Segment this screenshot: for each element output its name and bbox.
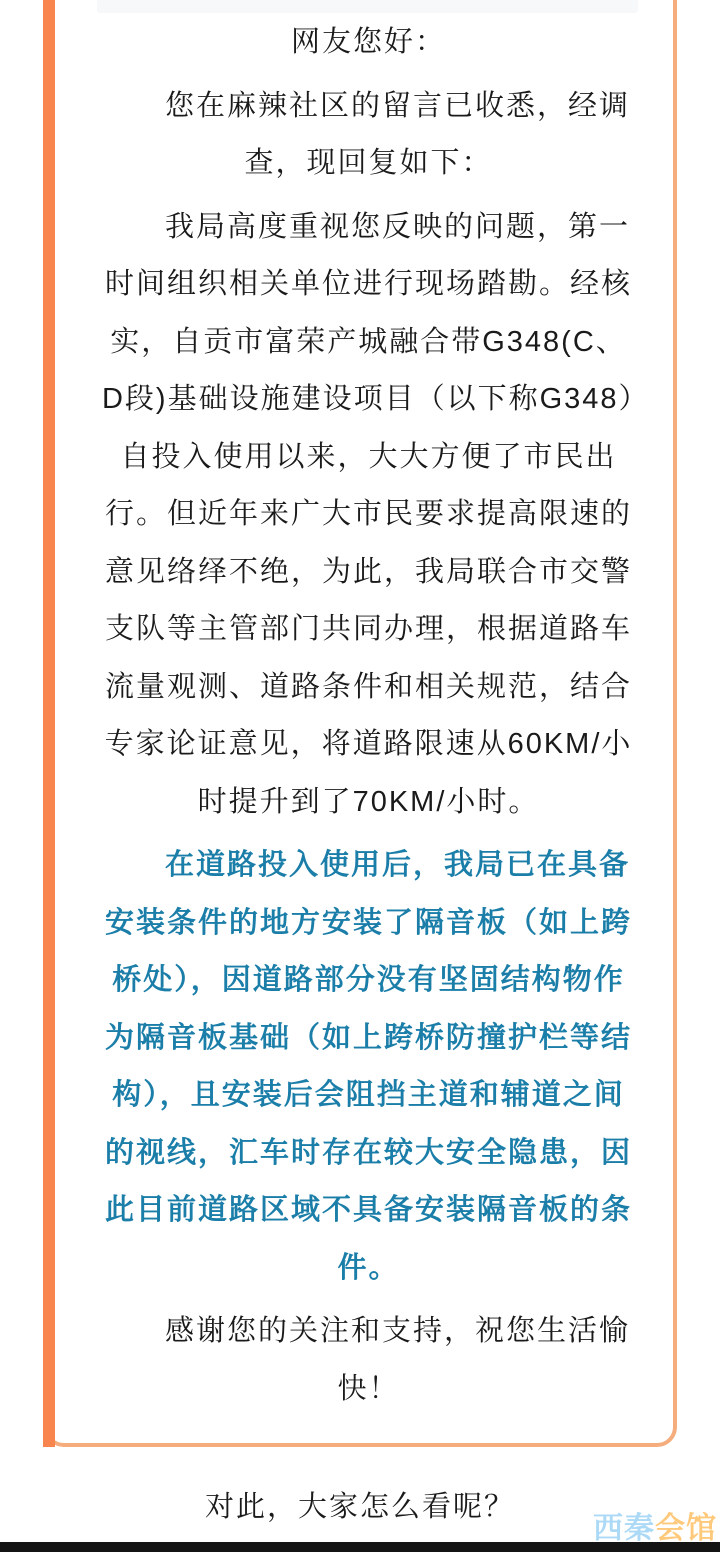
reply-paragraph: 您在麻辣社区的留言已收悉，经调查，现回复如下： <box>100 78 637 193</box>
reply-paragraphs: 网友您好：您在麻辣社区的留言已收悉，经调查，现回复如下：我局高度重视您反映的问题… <box>100 14 637 1424</box>
reply-paragraph: 感谢您的关注和支持，祝您生活愉快！ <box>100 1303 637 1418</box>
card-left-accent-bar <box>43 0 55 1447</box>
watermark-part2: 会馆 <box>655 1512 717 1545</box>
watermark: 西秦会馆 <box>593 1503 717 1547</box>
reply-paragraph: 我局高度重视您反映的问题，第一时间组织相关单位进行现场踏勘。经核实，自贡市富荣产… <box>100 199 637 832</box>
reply-paragraph: 网友您好： <box>100 14 637 72</box>
watermark-part1: 西秦 <box>593 1512 655 1545</box>
reply-paragraph: 在道路投入使用后，我局已在具备安装条件的地方安装了隔音板（如上跨桥处），因道路部… <box>100 837 637 1297</box>
